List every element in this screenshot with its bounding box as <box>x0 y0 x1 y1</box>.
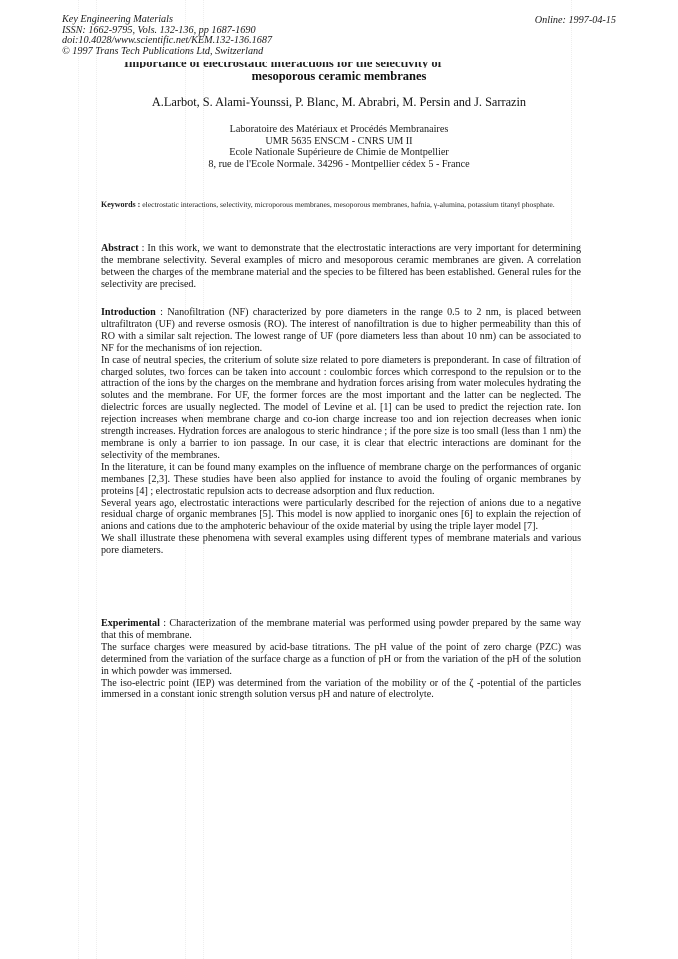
abstract-label: Abstract <box>101 243 139 254</box>
keywords-label: Keywords : <box>101 200 140 209</box>
title-line-1-clipped: Importance of electrostatic interactions… <box>0 62 678 68</box>
keywords-text: electrostatic interactions, selectivity,… <box>140 200 554 209</box>
experimental-paragraph: The iso-electric point (IEP) was determi… <box>101 678 581 701</box>
introduction-paragraph: : Nanofiltration (NF) characterized by p… <box>101 307 581 354</box>
keywords: Keywords : electrostatic interactions, s… <box>101 200 581 210</box>
affiliation-line: 8, rue de l'Ecole Normale. 34296 - Montp… <box>0 159 678 171</box>
abstract: Abstract : In this work, we want to demo… <box>101 243 581 291</box>
experimental-section: Experimental : Characterization of the m… <box>101 618 581 701</box>
paper-title: mesoporous ceramic membranes <box>0 69 678 84</box>
experimental-paragraph: The surface charges were measured by aci… <box>101 642 581 677</box>
abstract-text: : In this work, we want to demonstrate t… <box>101 243 581 290</box>
introduction-paragraph: Several years ago, electrostatic interac… <box>101 498 581 533</box>
introduction-paragraph: In case of neutral species, the criteriu… <box>101 355 581 461</box>
affiliation-line: Laboratoire des Matériaux et Procédés Me… <box>0 124 678 136</box>
affiliation: Laboratoire des Matériaux et Procédés Me… <box>0 124 678 171</box>
copyright-notice: © 1997 Trans Tech Publications Ltd, Swit… <box>62 47 622 58</box>
experimental-label: Experimental <box>101 618 160 629</box>
introduction-paragraph: In the literature, it can be found many … <box>101 462 581 497</box>
affiliation-line: Ecole Nationale Supérieure de Chimie de … <box>0 147 678 159</box>
experimental-paragraph: : Characterization of the membrane mater… <box>101 618 581 641</box>
introduction-label: Introduction <box>101 307 156 318</box>
authors: A.Larbot, S. Alami-Younssi, P. Blanc, M.… <box>0 95 678 110</box>
affiliation-line: UMR 5635 ENSCM - CNRS UM II <box>0 136 678 148</box>
introduction-paragraph: We shall illustrate these phenomena with… <box>101 533 581 556</box>
online-date: Online: 1997-04-15 <box>535 15 616 26</box>
introduction-section: Introduction : Nanofiltration (NF) chara… <box>101 307 581 557</box>
